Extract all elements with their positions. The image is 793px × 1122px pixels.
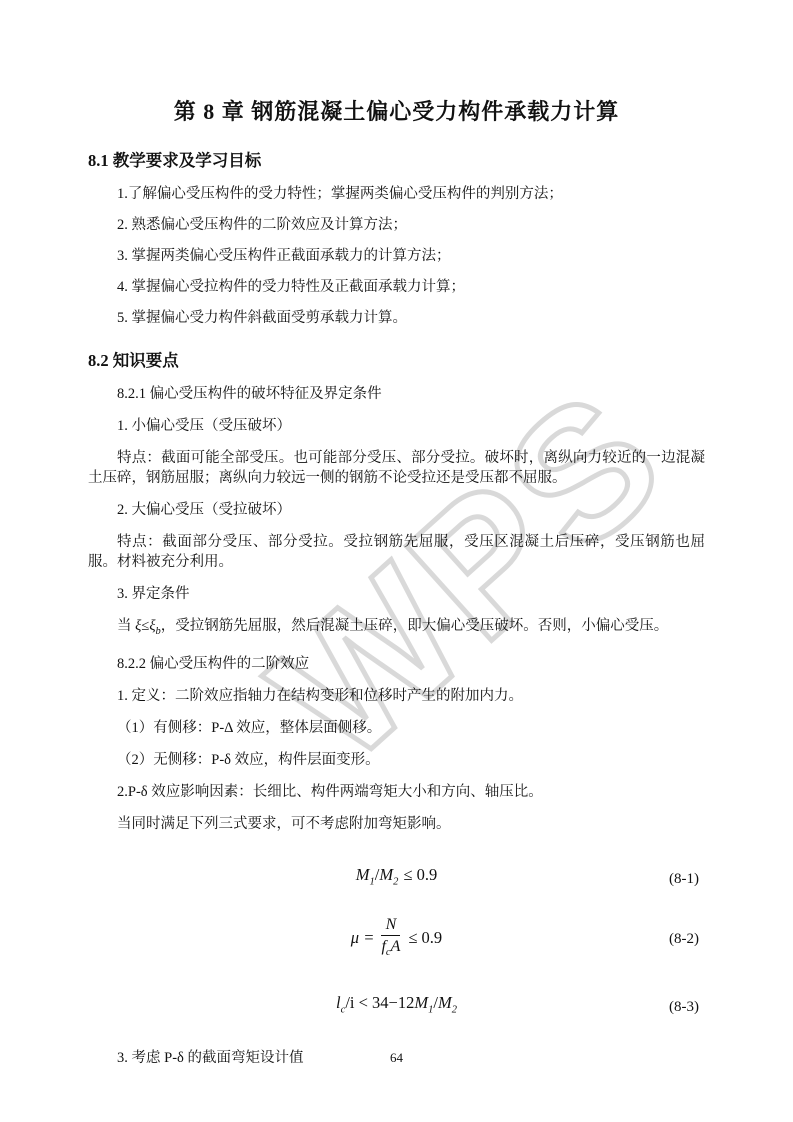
formula-8-2-label: (8-2) (669, 928, 699, 950)
boundary-text-suffix: ，受拉钢筋先屈服，然后混凝土压碎，即大偏心受压破坏。否则，小偏心受压。 (161, 618, 669, 634)
second-order-definition: 1. 定义：二阶效应指轴力在结构变形和位移时产生的附加内力。 (88, 686, 705, 706)
math-sub-2: 2 (393, 876, 398, 887)
objective-item-4: 4. 掌握偏心受拉构件的受力特性及正截面承载力计算； (88, 277, 705, 297)
document-page: WPS 第 8 章 钢筋混凝土偏心受力构件承载力计算 8.1 教学要求及学习目标… (0, 0, 793, 1122)
formula-8-1-label: (8-1) (669, 868, 699, 890)
point-boundary-condition: 3. 界定条件 (88, 584, 705, 604)
section-heading-8-1: 8.1 教学要求及学习目标 (88, 150, 705, 172)
subsection-heading-8-2-1: 8.2.1 偏心受压构件的破坏特征及界定条件 (88, 384, 705, 404)
document-content: 第 8 章 钢筋混凝土偏心受力构件承载力计算 8.1 教学要求及学习目标 1.了… (88, 0, 705, 1068)
objective-item-3: 3. 掌握两类偏心受压构件正截面承载力的计算方法； (88, 246, 705, 266)
formula-8-3: lc/i < 34−12M1/M2 (8-3) (88, 992, 705, 1021)
formula-8-3-label: (8-3) (669, 996, 699, 1018)
boundary-condition-detail: 当 ξ≤ξb，受拉钢筋先屈服，然后混凝土压碎，即大偏心受压破坏。否则，小偏心受压… (88, 616, 705, 642)
page-number: 64 (0, 1050, 793, 1066)
second-order-nosway: （2）无侧移：P-δ 效应，构件层面变形。 (88, 750, 705, 770)
math-A: A (391, 938, 401, 955)
point-small-eccentric: 1. 小偏心受压（受压破坏） (88, 416, 705, 436)
math-inequality: /i < 34−12 (345, 993, 414, 1012)
math-M: M (356, 865, 370, 884)
fraction-bar (381, 935, 400, 936)
math-relation: ≤ 0.9 (403, 865, 437, 884)
point-small-eccentric-detail: 特点：截面可能全部受压。也可能部分受压、部分受拉。破坏时，离纵向力较近的一边混凝… (88, 448, 705, 488)
objective-item-1: 1.了解偏心受压构件的受力特性；掌握两类偏心受压构件的判别方法； (88, 184, 705, 204)
formula-8-3-expression: lc/i < 34−12M1/M2 (336, 993, 457, 1012)
second-order-sway: （1）有侧移：P-Δ 效应，整体层面侧移。 (88, 718, 705, 738)
math-relation: ≤ 0.9 (408, 928, 442, 947)
math-M: M (379, 865, 393, 884)
subsection-heading-8-2-2: 8.2.2 偏心受压构件的二阶效应 (88, 654, 705, 674)
objective-item-2: 2. 熟悉偏心受压构件的二阶效应及计算方法； (88, 215, 705, 235)
p-delta-factors: 2.P-δ 效应影响因素：长细比、构件两端弯矩大小和方向、轴压比。 (88, 782, 705, 802)
math-mu-equals: μ = (351, 928, 379, 947)
point-large-eccentric-detail: 特点：截面部分受压、部分受拉。受拉钢筋先屈服，受压区混凝土后压碎，受压钢筋也屈服… (88, 532, 705, 572)
point-large-eccentric: 2. 大偏心受压（受拉破坏） (88, 500, 705, 520)
formula-8-1-expression: M1/M2≤ 0.9 (356, 865, 437, 884)
formula-8-1: M1/M2≤ 0.9 (8-1) (88, 864, 705, 893)
boundary-text-prefix: 当 (117, 618, 135, 634)
math-M: M (438, 993, 452, 1012)
section-heading-8-2: 8.2 知识要点 (88, 350, 705, 372)
math-sub-2: 2 (452, 1005, 457, 1016)
chapter-title: 第 8 章 钢筋混凝土偏心受力构件承载力计算 (88, 96, 705, 128)
objective-item-5: 5. 掌握偏心受力构件斜截面受剪承载力计算。 (88, 308, 705, 328)
formula-8-2: μ = NfcA≤ 0.9 (8-2) (88, 915, 705, 962)
math-M: M (414, 993, 428, 1012)
formula-8-2-expression: μ = NfcA≤ 0.9 (351, 928, 442, 947)
condition-intro: 当同时满足下列三式要求，可不考虑附加弯矩影响。 (88, 814, 705, 834)
math-fraction: NfcA (381, 915, 400, 962)
math-N: N (386, 916, 397, 933)
